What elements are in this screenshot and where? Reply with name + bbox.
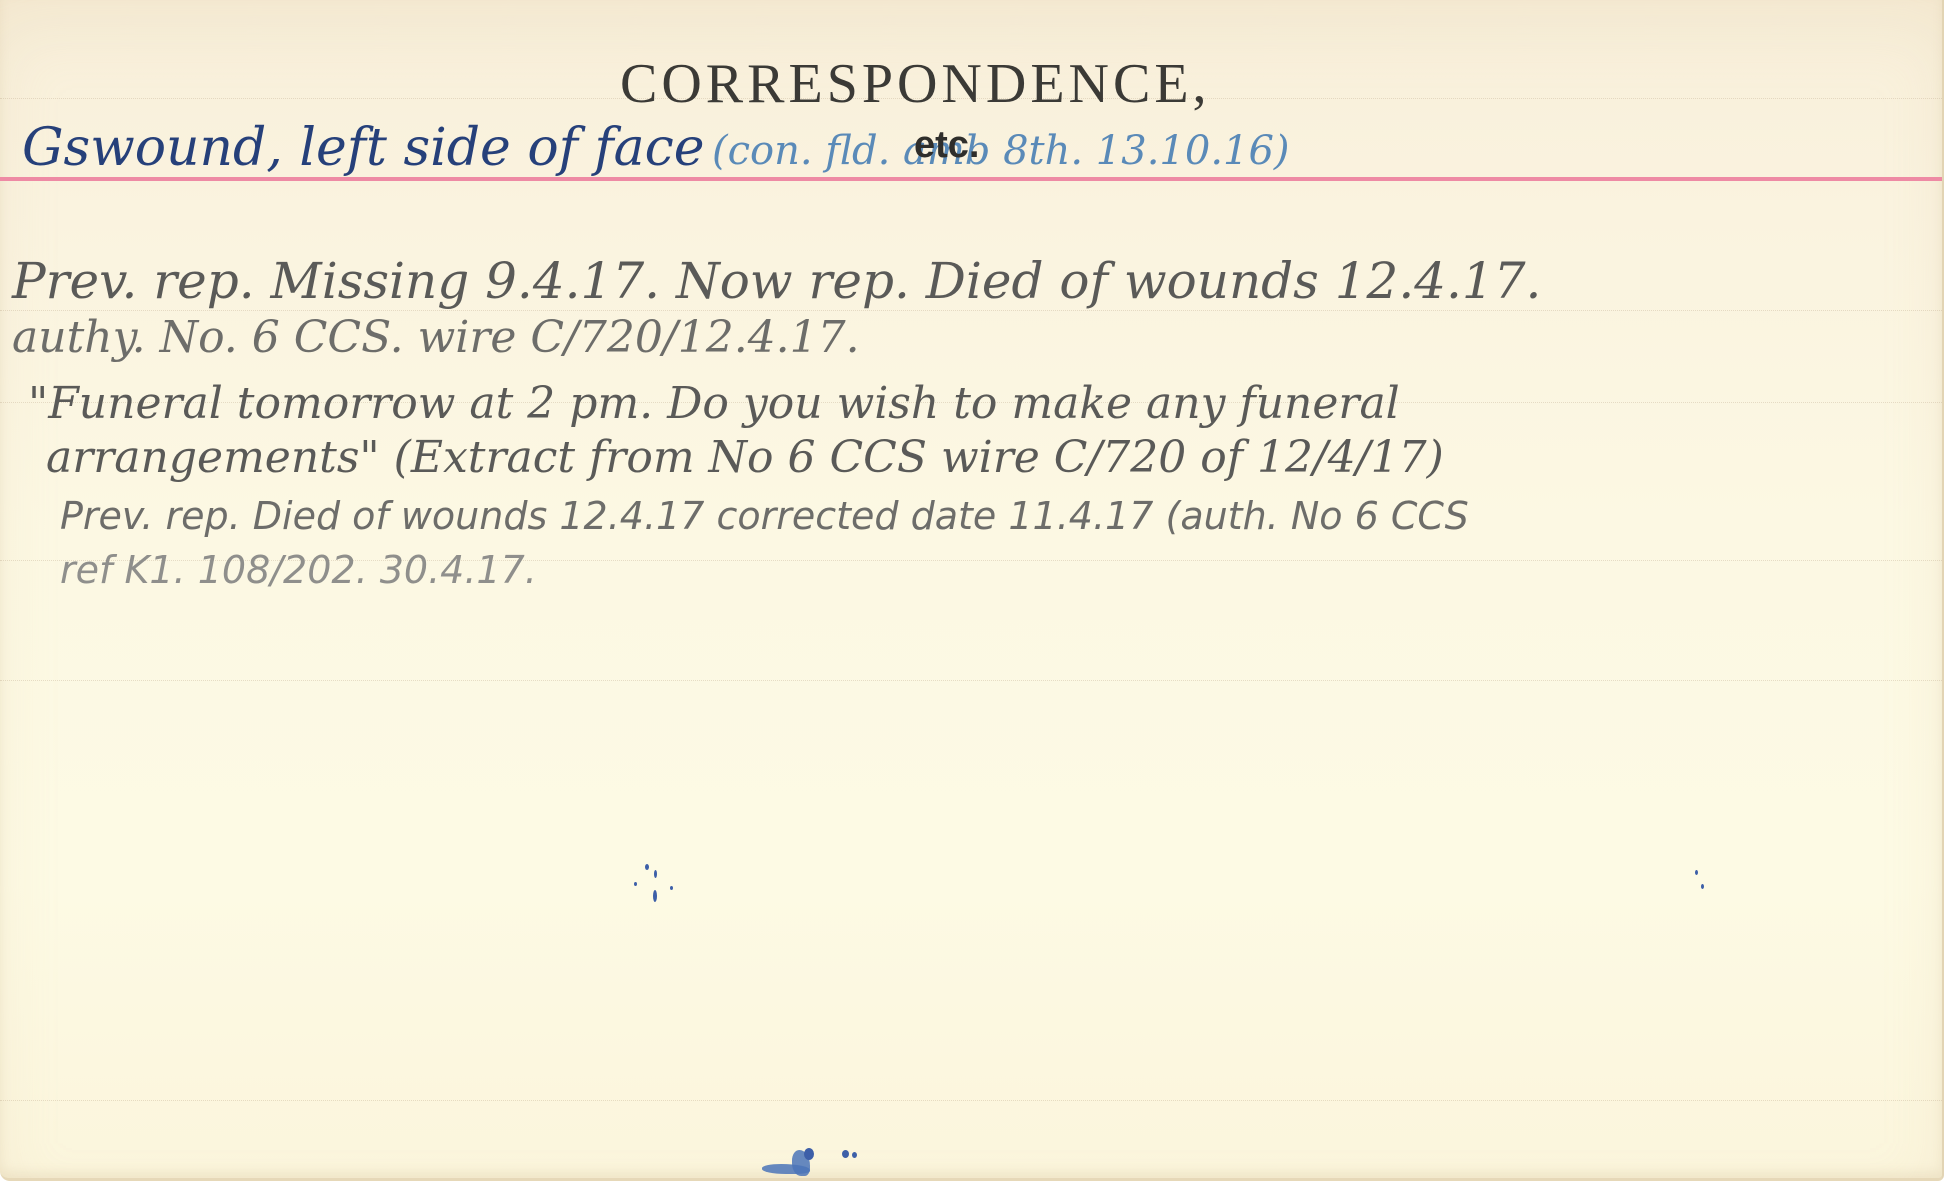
card-heading-etc: etc.: [914, 124, 979, 167]
wound-note-annotation: (con. fld. amb 8th. 13.10.16): [712, 128, 1290, 174]
ink-drop: [852, 1152, 857, 1158]
ink-speck: [645, 864, 649, 870]
card-heading: CORRESPONDENCE,: [620, 52, 1211, 116]
funeral-extract-line-1: "Funeral tomorrow at 2 pm. Do you wish t…: [28, 378, 1400, 429]
ink-drop: [804, 1148, 814, 1160]
ink-speck: [634, 882, 637, 886]
ink-drop: [842, 1150, 849, 1158]
ink-speck: [1701, 884, 1704, 889]
faint-rule: [0, 680, 1942, 682]
ink-speck: [654, 870, 657, 878]
prev-rep-missing-line-1: Prev. rep. Missing 9.4.17. Now rep. Died…: [12, 252, 1541, 310]
faint-rule: [0, 1100, 1942, 1102]
funeral-extract-line-2: arrangements" (Extract from No 6 CCS wir…: [46, 432, 1444, 483]
ink-speck: [670, 886, 673, 890]
ink-speck: [653, 890, 657, 902]
prev-rep-missing-line-2: authy. No. 6 CCS. wire C/720/12.4.17.: [12, 312, 860, 363]
record-card: CORRESPONDENCE, etc. Gswound, left side …: [0, 0, 1944, 1181]
ink-speck: [1695, 870, 1698, 875]
corrected-date-line-2: ref K1. 108/202. 30.4.17.: [60, 548, 537, 592]
corrected-date-line-1: Prev. rep. Died of wounds 12.4.17 correc…: [60, 494, 1469, 538]
wound-note: Gswound, left side of face: [22, 118, 705, 178]
